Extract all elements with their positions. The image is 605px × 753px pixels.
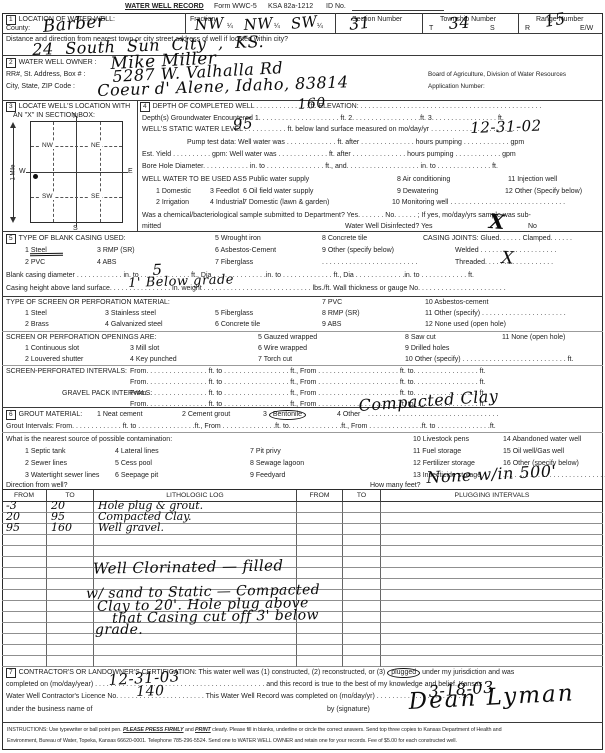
s1-divider-2 xyxy=(335,13,336,33)
litho-table-cell xyxy=(2,612,47,623)
use-option-2: 2 Irrigation xyxy=(156,198,189,207)
contamination-4: 4 Lateral lines xyxy=(115,447,159,456)
instructions-print: PRINT xyxy=(195,727,211,733)
litho-table-cell xyxy=(94,645,297,656)
litho-table-cell xyxy=(2,645,47,656)
use-option-10: 10 Monitoring well . . . . . . . . . . .… xyxy=(392,198,565,207)
contamination-2: 2 Sewer lines xyxy=(25,459,67,468)
grout-option-4: 4 Other xyxy=(337,410,360,419)
mile-arrow-down xyxy=(10,217,16,223)
litho-table-cell xyxy=(297,557,343,568)
application-number-label: Application Number: xyxy=(428,82,485,91)
litho-table-cell xyxy=(343,623,381,634)
use-option-1: 1 Domestic xyxy=(156,187,191,196)
litho-table-cell xyxy=(381,656,603,667)
use-option-8: 8 Air conditioning xyxy=(397,175,450,184)
grout-bentonite-circled: Bentonile xyxy=(269,410,306,420)
instructions-press-firmly: PLEASE PRESS FIRMLY xyxy=(123,727,184,733)
screen-material-10: 10 Asbestos-cement xyxy=(425,298,488,307)
casing-option-9: 9 Other (specify below) xyxy=(322,246,394,255)
groundwater-encountered-line: Depth(s) Groundwater Encountered 1. . . … xyxy=(142,114,504,123)
litho-table-cell xyxy=(343,535,381,546)
agency-label: Board of Agriculture, Division of Water … xyxy=(428,70,566,79)
certification-plugged-circled: plugged xyxy=(387,668,420,678)
lithologic-log-table: FROM TO LITHOLOGIC LOG FROM TO PLUGGING … xyxy=(2,489,603,667)
litho-table-cell xyxy=(2,623,47,634)
threaded-x-mark: X xyxy=(501,248,515,269)
section5-number: 5 xyxy=(6,234,16,244)
range-ew: E/W xyxy=(580,24,593,33)
blank-casing-diameter-line: Blank casing diameter . . . . . . . . . … xyxy=(6,271,474,280)
litho-table-cell xyxy=(381,546,603,557)
litho-table-cell xyxy=(381,601,603,612)
section-box-center-horizontal xyxy=(26,172,128,173)
form-title: WATER WELL RECORD xyxy=(125,2,204,11)
litho-table-cell xyxy=(343,612,381,623)
casing-option-6: 6 Asbestos-Cement xyxy=(215,246,276,255)
screen-divider-1 xyxy=(2,331,603,332)
interval-value: 160 xyxy=(51,522,72,533)
litho-table-cell xyxy=(2,590,47,601)
use-title: WELL WATER TO BE USED AS: xyxy=(142,175,244,184)
certification-line-1b: under my jurisdiction and was xyxy=(420,669,514,676)
litho-table-cell xyxy=(2,601,47,612)
section6-number: 6 xyxy=(6,410,16,420)
township-prefix: T xyxy=(429,24,433,33)
casing-option-2: 2 PVC xyxy=(25,258,45,267)
litho-table-cell xyxy=(2,656,47,667)
section7-number: 7 xyxy=(6,668,16,678)
quadrant-nw-label: NW xyxy=(40,142,55,149)
business-name-label: under the business name of xyxy=(6,705,92,714)
township-suffix: S xyxy=(490,24,495,33)
contamination-5: 5 Cess pool xyxy=(115,459,152,468)
use-option-3: 3 Feedlot xyxy=(210,187,239,196)
litho-table-cell xyxy=(2,579,47,590)
table-header-to-2: TO xyxy=(343,490,381,502)
litho-table-cell xyxy=(343,568,381,579)
screen-material-8: 8 RMP (SR) xyxy=(322,309,360,318)
litho-table-cell xyxy=(297,568,343,579)
openings-title: SCREEN OR PERFORATION OPENINGS ARE: xyxy=(6,333,156,342)
litho-table-cell xyxy=(2,568,47,579)
well-note-line-1: Well Clorinated — filled xyxy=(93,556,284,577)
litho-table-cell xyxy=(381,568,603,579)
contamination-10: 10 Livestock pens xyxy=(413,435,469,444)
s1-bottom-line xyxy=(2,55,603,56)
sample-submitted-line: Was a chemical/bacteriological sample su… xyxy=(142,211,531,220)
litho-table-cell xyxy=(297,535,343,546)
litho-table-cell xyxy=(2,546,47,557)
well-location-dot xyxy=(33,174,38,179)
litho-table-cell xyxy=(2,535,47,546)
litho-table-cell xyxy=(47,557,94,568)
measured-date-value: 12-31-02 xyxy=(470,117,542,137)
screen-divider-2 xyxy=(2,365,603,366)
section-box-quarter-line-v2 xyxy=(100,122,101,222)
use-option-7: 7 Domestic (lawn & garden) xyxy=(243,198,329,207)
litho-table-cell xyxy=(297,502,343,513)
screen-material-1: 1 Steel xyxy=(25,309,47,318)
screen-perforated-intervals-title: SCREEN-PERFORATED INTERVALS: xyxy=(6,367,127,376)
grout-option-1: 1 Neat cement xyxy=(97,410,143,419)
litho-table-cell xyxy=(381,612,603,623)
casing-option-3: 3 RMP (SR) xyxy=(97,246,135,255)
quadrant-sw-label: SW xyxy=(40,193,54,200)
casing-option-5: 5 Wrought iron xyxy=(215,234,261,243)
compass-n-label: N xyxy=(73,112,78,121)
grout-option-3-number: 3 xyxy=(263,411,269,418)
s5-bottom-line xyxy=(2,296,603,297)
instructions-line-2: Environment, Bureau of Water, Topeka, Ka… xyxy=(7,738,457,744)
opening-11: 11 None (open hole) xyxy=(502,333,565,342)
contamination-7: 7 Pit privy xyxy=(250,447,281,456)
opening-2: 2 Louvered shutter xyxy=(25,355,83,364)
certification-line-2: completed on (mo/day/year) . . . . . . .… xyxy=(6,680,482,689)
contamination-15: 15 Oil well/Gas well xyxy=(503,447,564,456)
litho-table-cell xyxy=(47,656,94,667)
owner-address-label: RR#, St. Address, Box # : xyxy=(6,70,85,79)
section6-title: GROUT MATERIAL: xyxy=(19,411,83,418)
use-option-9: 9 Dewatering xyxy=(397,187,438,196)
litho-table-cell xyxy=(343,557,381,568)
fraction2-handwritten: NW xyxy=(243,14,274,34)
litho-table-cell xyxy=(343,502,381,513)
litho-table-cell xyxy=(2,557,47,568)
litho-table-cell xyxy=(381,557,603,568)
fraction1-handwritten: NW xyxy=(194,14,225,34)
use-option-5: 5 Public water supply xyxy=(243,175,309,184)
quadrant-se-label: SE xyxy=(89,193,102,200)
litho-table-cell xyxy=(381,579,603,590)
litho-table-cell xyxy=(2,634,47,645)
use-option-11: 11 Injection well xyxy=(508,175,557,184)
depth-completed-value: 160 xyxy=(297,95,326,113)
mitted-continuation: mitted xyxy=(142,222,161,231)
opening-5: 5 Gauzed wrapped xyxy=(258,333,317,342)
quarter-mark-1: ¼ xyxy=(227,22,233,31)
section2-title: WATER WELL OWNER : xyxy=(19,59,97,66)
s7-bottom-line xyxy=(2,722,603,723)
owner-city-label: City, State, ZIP Code : xyxy=(6,82,75,91)
litho-table-cell xyxy=(297,513,343,524)
litho-table-cell xyxy=(297,634,343,645)
contamination-14: 14 Abandoned water well xyxy=(503,435,581,444)
use-option-4: 4 Industrial xyxy=(210,198,244,207)
lithologic-log-entry: Well gravel. xyxy=(98,522,164,533)
screen-material-4: 4 Galvanized steel xyxy=(105,320,163,329)
compass-e-label: E xyxy=(128,167,133,176)
contamination-9: 9 Feedyard xyxy=(250,471,285,480)
s1-divider-4 xyxy=(518,13,519,33)
litho-table-cell xyxy=(381,535,603,546)
section-number-value: 31 xyxy=(348,13,371,34)
litho-table-cell xyxy=(343,513,381,524)
s3-s4-divider xyxy=(137,100,138,231)
by-signature-label: by (signature) xyxy=(327,705,370,714)
litho-table-cell xyxy=(47,546,94,557)
opening-9: 9 Drilled holes xyxy=(405,344,449,353)
litho-table-cell xyxy=(47,601,94,612)
screen-material-9: 9 ABS xyxy=(322,320,341,329)
screen-material-3: 3 Stainless steel xyxy=(105,309,156,318)
certification-line-3: Water Well Contractor's Licence No. . . … xyxy=(6,692,472,701)
opening-6: 6 Wire wrapped xyxy=(258,344,307,353)
casing-height-line: Casing height above land surface. . . . … xyxy=(6,284,506,293)
litho-table-cell: Well gravel. xyxy=(94,524,297,535)
depth-completed-line: DEPTH OF COMPLETED WELL . . . . . . . . … xyxy=(153,103,542,110)
litho-table-cell xyxy=(297,524,343,535)
use-option-6: 6 Oil field water supply xyxy=(243,187,313,196)
instructions-part-5: clearly. Please fill in blanks, underlin… xyxy=(211,727,502,733)
litho-table-cell xyxy=(381,513,603,524)
litho-table-cell: 160 xyxy=(47,524,94,535)
litho-table-cell: 95 xyxy=(2,524,47,535)
section-box-quarter-line-v1 xyxy=(53,122,54,222)
pump-test-line: Pump test data: Well water was . . . . .… xyxy=(187,138,524,147)
contamination-1: 1 Septic tank xyxy=(25,447,65,456)
opening-8: 8 Saw cut xyxy=(405,333,436,342)
litho-table-cell xyxy=(47,612,94,623)
static-water-level-line: WELL'S STATIC WATER LEVEL . . . . . . . … xyxy=(142,125,519,134)
grout-intervals-line: Grout Intervals: From. . . . . . . . . .… xyxy=(6,422,496,431)
litho-table-cell xyxy=(343,634,381,645)
opening-10: 10 Other (specify) . . . . . . . . . . .… xyxy=(405,355,573,364)
litho-table-cell xyxy=(297,623,343,634)
township-value: 34 xyxy=(448,13,471,33)
litho-table-cell xyxy=(47,568,94,579)
table-header-from-2: FROM xyxy=(297,490,343,502)
licence-number-value: 140 xyxy=(136,683,165,700)
litho-table-cell xyxy=(343,656,381,667)
table-header-plugging-intervals: PLUGGING INTERVALS xyxy=(381,490,603,502)
disinfected-label: Water Well Disinfected? Yes xyxy=(345,222,433,231)
screen-material-12: 12 None used (open hole) xyxy=(425,320,506,329)
litho-table-cell xyxy=(381,623,603,634)
s6-divider-1 xyxy=(2,432,603,433)
litho-table-cell xyxy=(343,590,381,601)
quadrant-ne-label: NE xyxy=(89,142,102,149)
litho-table-cell xyxy=(94,656,297,667)
quarter-mark-2: ¼ xyxy=(274,22,280,31)
contamination-6: 6 Seepage pit xyxy=(115,471,158,480)
disinfected-no-label: No xyxy=(528,222,537,231)
screen-material-2: 2 Brass xyxy=(25,320,49,329)
fraction3-handwritten: SW xyxy=(290,12,318,33)
screen-material-5: 5 Fiberglass xyxy=(215,309,253,318)
interval-value: 95 xyxy=(6,522,20,533)
opening-4: 4 Key punched xyxy=(130,355,177,364)
casing-option-4: 4 ABS xyxy=(97,258,116,267)
static-water-level-value: 95 xyxy=(232,114,254,134)
screen-material-11: 11 Other (specify) . . . . . . . . . . .… xyxy=(425,309,566,318)
mile-arrow-up xyxy=(10,122,16,128)
s1-divider-3 xyxy=(422,13,423,33)
s4-bottom-line xyxy=(2,231,603,232)
casing-joints-line: CASING JOINTS: Glued. . . . . . Clamped.… xyxy=(423,234,572,243)
county-label: County: xyxy=(6,24,30,33)
screen-interval-line-2: From. . . . . . . . . . . . . . . . ft. … xyxy=(130,378,486,387)
litho-table-cell xyxy=(381,645,603,656)
quarter-mark-3: ¼ xyxy=(317,22,323,31)
est-yield-line: Est. Yield . . . . . . . . . . gpm: Well… xyxy=(142,150,516,159)
section4-number: 4 xyxy=(140,102,150,112)
contamination-8: 8 Sewage lagoon xyxy=(250,459,304,468)
s1-divider-1 xyxy=(185,13,186,33)
litho-table-cell xyxy=(343,601,381,612)
litho-table-cell xyxy=(381,502,603,513)
screen-bottom-line xyxy=(2,407,603,408)
contamination-11: 11 Fuel storage xyxy=(413,447,461,456)
statute-ref: KSA 82a-1212 xyxy=(268,2,313,11)
contamination-title: What is the nearest source of possible c… xyxy=(6,435,172,444)
litho-table-cell xyxy=(381,524,603,535)
litho-table-cell xyxy=(94,546,297,557)
litho-table-cell xyxy=(297,546,343,557)
litho-table-cell xyxy=(343,524,381,535)
screen-material-6: 6 Concrete tile xyxy=(215,320,260,329)
casing-option-8: 8 Concrete tile xyxy=(322,234,367,243)
s1-row-divider xyxy=(2,33,603,34)
certification-line-1a: CONTRACTOR'S OR LANDOWNER'S CERTIFICATIO… xyxy=(19,669,388,676)
litho-table-cell xyxy=(94,535,297,546)
range-prefix: R xyxy=(525,24,530,33)
section3-title-2: AN "X" IN SECTION BOX: xyxy=(13,111,95,120)
contamination-3: 3 Watertight sewer lines xyxy=(25,471,99,480)
mile-label: 1 Mile xyxy=(10,158,19,188)
screen-material-title: TYPE OF SCREEN OR PERFORATION MATERIAL: xyxy=(6,298,170,307)
litho-table-cell xyxy=(381,634,603,645)
form-number: Form WWC-5 xyxy=(214,2,257,11)
litho-table-cell xyxy=(343,546,381,557)
litho-table-cell xyxy=(47,645,94,656)
opening-1: 1 Continuous slot xyxy=(25,344,79,353)
range-value: 15 xyxy=(543,9,567,31)
bore-hole-line: Bore Hole Diameter. . . . . . . . . . . … xyxy=(142,162,498,171)
steel-underline-mark xyxy=(30,253,63,257)
water-well-record-form: WATER WELL RECORD Form WWC-5 KSA 82a-121… xyxy=(0,0,605,753)
litho-table-cell xyxy=(47,623,94,634)
litho-table-cell xyxy=(343,645,381,656)
section2-number: 2 xyxy=(6,58,16,68)
litho-table-cell xyxy=(343,579,381,590)
instructions-part-3: and xyxy=(184,727,196,733)
id-no-label: ID No. xyxy=(326,2,346,11)
section5-title: TYPE OF BLANK CASING USED: xyxy=(19,235,126,242)
litho-table-cell xyxy=(381,590,603,601)
screen-interval-line-1: From. . . . . . . . . . . . . . . . ft. … xyxy=(130,367,486,376)
well-note-line-5: grade. xyxy=(95,622,143,638)
casing-other-blank: . . . . . . . . . . . . . . . . . . . . … xyxy=(322,258,417,267)
opening-3: 3 Mill slot xyxy=(130,344,159,353)
section3-title-1: LOCATE WELL'S LOCATION WITH xyxy=(19,103,131,110)
casing-option-7: 7 Fiberglass xyxy=(215,258,253,267)
litho-table-cell xyxy=(297,656,343,667)
id-no-blank-line xyxy=(352,10,444,11)
grout-option-2: 2 Cement grout xyxy=(182,410,230,419)
opening-7: 7 Torch cut xyxy=(258,355,292,364)
use-option-12: 12 Other (Specify below) xyxy=(505,187,582,196)
litho-table-cell xyxy=(47,535,94,546)
litho-table-cell xyxy=(297,645,343,656)
litho-table-cell xyxy=(47,634,94,645)
instructions-part-1: INSTRUCTIONS: Use typewriter or ball poi… xyxy=(7,727,123,733)
compass-w-label: W xyxy=(19,167,26,176)
screen-material-7: 7 PVC xyxy=(322,298,342,307)
